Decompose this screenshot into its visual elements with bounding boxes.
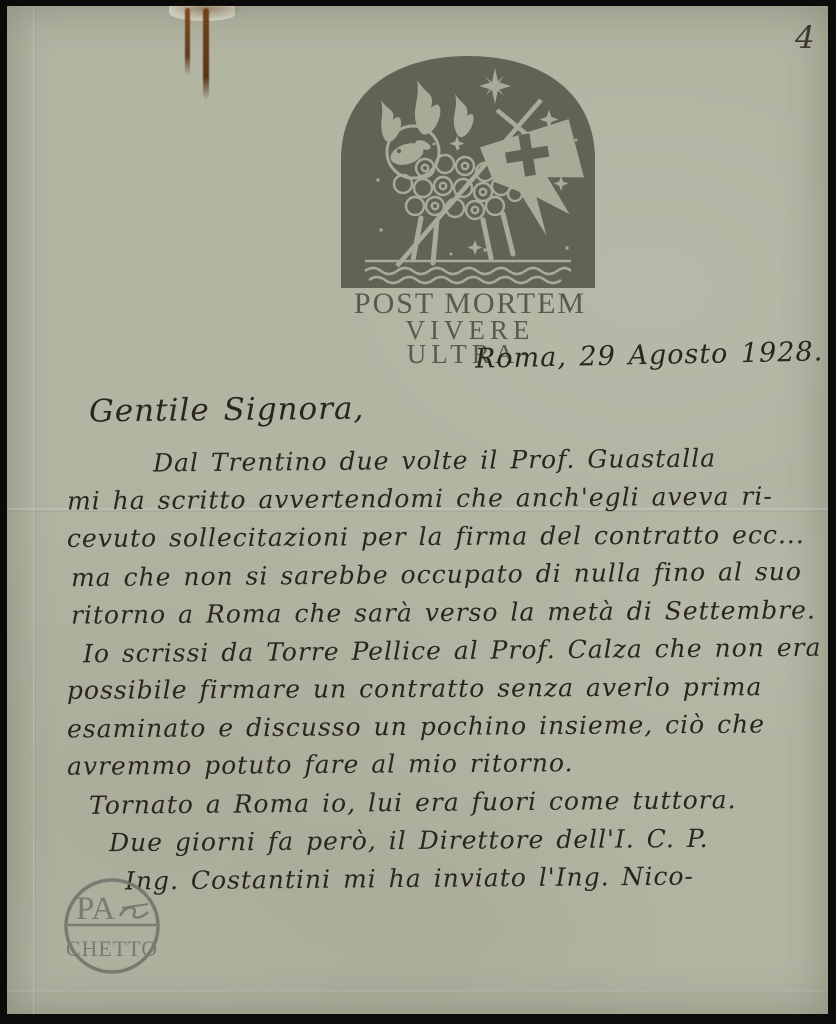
letter-line: Due giorni fa però, il Direttore dell'I.…: [109, 824, 709, 857]
stamp-top-letters: PA: [76, 891, 115, 927]
letter-line: Dal Trentino due volte il Prof. Guastall…: [153, 444, 716, 478]
letter-line: mi ha scritto avvertendomi che anch'egli…: [67, 482, 773, 516]
letter-line: possibile firmare un contratto senza ave…: [67, 672, 762, 705]
rust-stain: [185, 8, 190, 76]
paschetto-monogram-stamp: PA CHETTO: [60, 874, 164, 978]
letter-paper: 4: [7, 6, 828, 1014]
rust-stain: [203, 8, 209, 100]
scanned-letter-page: { "scan": { "background_color": "#0b0b09…: [0, 0, 836, 1024]
fold-crease-bottom: [7, 990, 828, 993]
salutation: Gentile Signora,: [89, 391, 365, 430]
page-number: 4: [795, 20, 815, 56]
letter-line: esaminato e discusso un pochino insieme,…: [67, 710, 765, 744]
letter-line: ritorno a Roma che sarà verso la metà di…: [71, 595, 816, 629]
letter-line: Ing. Costantini mi ha inviato l'Ing. Nic…: [125, 862, 694, 896]
letter-line: Tornato a Roma io, lui era fuori come tu…: [89, 785, 737, 820]
dateline: Roma, 29 Agosto 1928.: [475, 336, 824, 374]
letter-line: cevuto sollecitazioni per la firma del c…: [67, 520, 805, 553]
letter-line: Io scrissi da Torre Pellice al Prof. Cal…: [83, 633, 822, 668]
letter-line: avremmo potuto fare al mio ritorno.: [67, 748, 574, 781]
agnus-dei-emblem-icon: [333, 48, 603, 288]
letter-line: ma che non si sarebbe occupato di nulla …: [71, 557, 802, 592]
stamp-bottom-letters: CHETTO: [66, 936, 158, 961]
